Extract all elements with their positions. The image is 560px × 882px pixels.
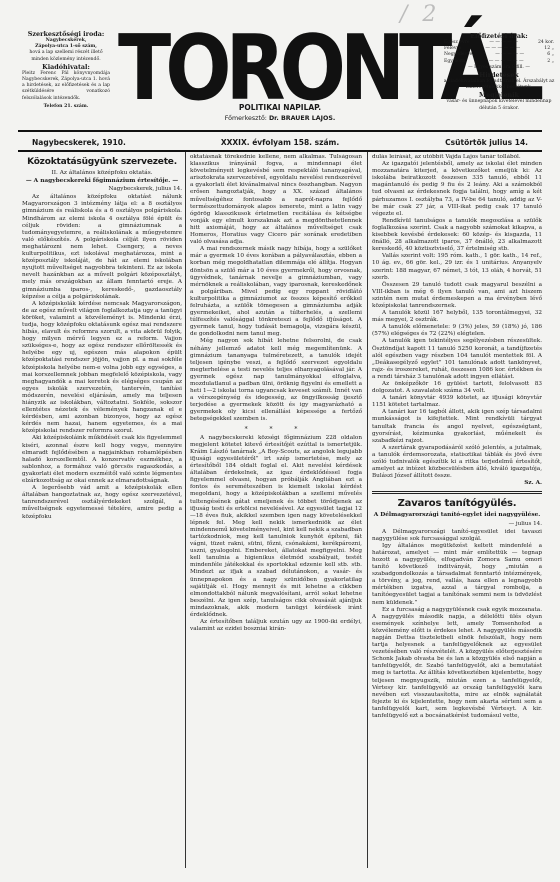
dateline: Nagybecskerek, 1910. XXXIX. évfolyam 158…: [18, 134, 542, 150]
editor-name: Dr. BRAUER LAJOS.: [269, 115, 335, 122]
phone: Telefon 21. szám.: [22, 104, 110, 110]
paragraph: Ez a furcsaság a nagygyülésnek csak egyi…: [372, 607, 542, 721]
paragraph: oktatásnak törekednie kellene, nem alkal…: [190, 154, 362, 246]
column-divider: [185, 152, 186, 868]
paragraph: Igy általános megütközést keltett minden…: [372, 543, 542, 607]
paragraph: A szertárak gyarapodásáról szóló jelenté…: [372, 445, 542, 480]
column-left: Közoktatásügyünk szervezete. II. Az álta…: [22, 154, 182, 870]
paragraph: A nagybecskereki községi főgimnázium 228…: [190, 435, 362, 619]
article2-kicker: A Délmagyarországi tanító-egylet idei na…: [372, 512, 542, 519]
paragraph: Az igazgatói jelentésből, amely az iskol…: [372, 161, 542, 218]
dateline-place-year: Nagybecskerek, 1910.: [18, 138, 193, 147]
article-signature: Sz. A.: [372, 480, 542, 487]
article-separator: [372, 491, 542, 494]
paragraph: Vallás szerint volt: 195 róm. kath., 1 g…: [372, 253, 542, 281]
newspaper-subtitle: POLITIKAI NAPILAP.: [180, 103, 380, 112]
column-divider: [367, 152, 368, 868]
paragraph: Az önképzőkör 16 gyülést tartott, felolv…: [372, 381, 542, 395]
ads-text: a kiadóhivatalban fogadtatnak el. Árszab…: [440, 79, 558, 91]
newspaper-page: / 2 Szerkesztőségi iroda: Nagybecskerek,…: [0, 0, 560, 882]
paragraph: Még nagyon sok hibát lehetne felsorolni,…: [190, 338, 362, 423]
paragraph: Összesen 29 tanuló tudott csak magyarul …: [372, 282, 542, 310]
office-note: hová a lap szellemi részét illető minden…: [22, 50, 110, 62]
article-headline: Közoktatásügyünk szervezete.: [22, 156, 182, 168]
office-heading: Szerkesztőségi iroda:: [22, 30, 110, 38]
section-stars: * * *: [190, 426, 362, 433]
paragraph: A Délmagyarországi tanító-egyesület idei…: [372, 529, 542, 543]
masthead-right-box: Előfizetési árak: Egész évre— — — — —24 …: [440, 32, 558, 112]
article-subhead: II. Az általános középfoku oktatás.: [22, 170, 182, 177]
article2-place: — julius 14.: [372, 521, 542, 528]
publisher-text: Pleitz Ferenc Pál könyvnyomdája Nagybecs…: [22, 71, 110, 102]
appears-text: vasár- és ünnepnapok kivételével mindenn…: [440, 99, 558, 111]
publisher-heading: Kiadóhivatal:: [22, 63, 110, 71]
dateline-volume: XXXIX. évfolyam 158. szám.: [193, 138, 367, 147]
paragraph: A tanulók igen tekintélyes segélyezésben…: [372, 338, 542, 381]
paragraph: A tanulók előmenetele: 9 (3%) jeles, 59 …: [372, 324, 542, 338]
rule-top: [18, 130, 542, 132]
rule-bottom: [18, 150, 542, 152]
editor-label: Főmerkesztő:: [225, 115, 267, 122]
prices-heading: Előfizetési árak:: [440, 32, 558, 40]
article-kicker: — A nagybecskereki főgimnázium értesítőj…: [22, 178, 182, 185]
editor-line: Főmerkesztő: Dr. BRAUER LAJOS.: [180, 115, 380, 122]
paragraph: Az értesítőben találjuk ezután ugy az 19…: [190, 619, 362, 633]
paragraph: Rendkívül tanulságos a tanulók megoszlás…: [372, 218, 542, 253]
column-right: dulás leírását, az utóbbit Vajda Lajos t…: [372, 154, 542, 870]
ads-heading: Hirdetések: [440, 71, 558, 79]
dateline-day: Csütörtök julius 14.: [367, 138, 542, 147]
paragraph: A mai rendszernek másik nagy hibája, hog…: [190, 246, 362, 338]
paragraph: A legerősebb vád amit a középiskolák ell…: [22, 485, 182, 520]
article-place: Nagybecskerek, julius 14.: [22, 186, 182, 193]
paragraph: A középiskolák kérdése nemcsak Magyarors…: [22, 301, 182, 436]
paragraph: A tanári könyvtár 4939 kötetet, az ifjus…: [372, 395, 542, 409]
paragraph: Az általános középfoku oktatást nálunk M…: [22, 194, 182, 300]
paragraph: A tanári kar 16 tagból állott, akik igen…: [372, 409, 542, 444]
paragraph: A tanulók közül 167 helyből, 135 torontá…: [372, 310, 542, 324]
column-middle: oktatásnak törekednie kellene, nem alkal…: [190, 154, 362, 870]
article2-headline: Zavaros tanítógyülés.: [372, 498, 542, 510]
masthead-left-box: Szerkesztőségi iroda: Nagybecskerek, Záp…: [22, 30, 110, 110]
paragraph: Aki középiskoláink működését csak kis fi…: [22, 435, 182, 485]
